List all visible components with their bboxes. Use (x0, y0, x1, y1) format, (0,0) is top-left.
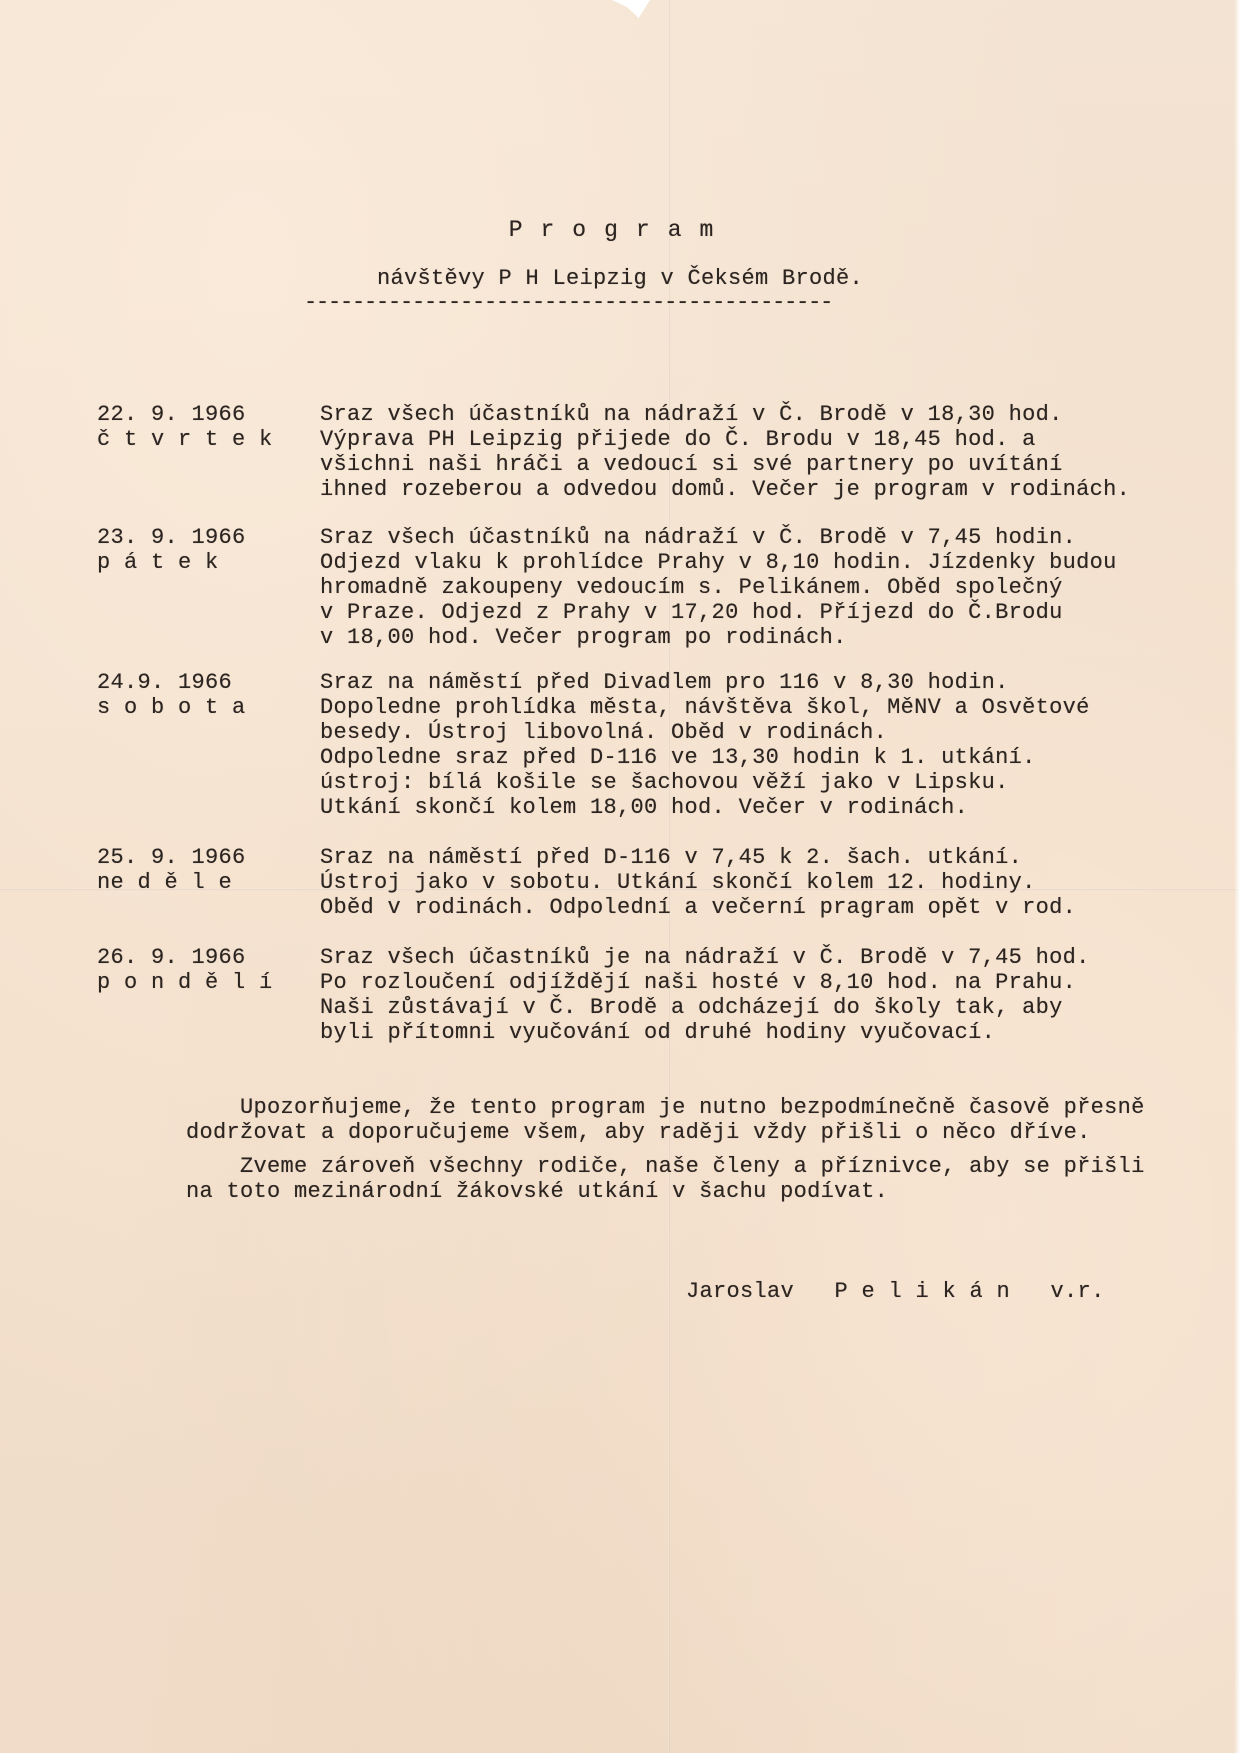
entry-line: Sraz všech účastníků na nádraží v Č. Bro… (320, 525, 1076, 550)
entry-line: Naši zůstávají v Č. Brodě a odcházejí do… (320, 995, 1063, 1020)
entry-line: Dopoledne prohlídka města, návštěva škol… (320, 695, 1090, 720)
entry-day: p á t e k (97, 550, 219, 575)
document-title: Program (0, 218, 1240, 243)
entry-day: p o n d ě l í (97, 970, 273, 995)
entry-date: 23. 9. 1966 (97, 525, 246, 550)
entry-line: Ústroj jako v sobotu. Utkání skončí kole… (320, 870, 1036, 895)
entry-date: 26. 9. 1966 (97, 945, 246, 970)
entry-date: 25. 9. 1966 (97, 845, 246, 870)
entry-line: všichni naši hráči a vedoucí si své part… (320, 452, 1063, 477)
invitation-line: Zveme zároveň všechny rodiče, naše členy… (186, 1154, 1145, 1179)
document-subtitle: návštěvy P H Leipzig v Čeksém Brodě. (0, 266, 1240, 291)
entry-line: besedy. Ústroj libovolná. Oběd v rodinác… (320, 720, 887, 745)
entry-line: Po rozloučení odjíždějí naši hosté v 8,1… (320, 970, 1076, 995)
entry-line: Sraz všech účastníků na nádraží v Č. Bro… (320, 402, 1063, 427)
entry-line: hromadně zakoupeny vedoucím s. Pelikánem… (320, 575, 1063, 600)
entry-line: Výprava PH Leipzig přijede do Č. Brodu v… (320, 427, 1036, 452)
entry-line: Utkání skončí kolem 18,00 hod. Večer v r… (320, 795, 968, 820)
entry-line: Oběd v rodinách. Odpolední a večerní pra… (320, 895, 1076, 920)
entry-line: v 18,00 hod. Večer program po rodinách. (320, 625, 847, 650)
entry-line: v Praze. Odjezd z Prahy v 17,20 hod. Pří… (320, 600, 1063, 625)
entry-line: Odjezd vlaku k prohlídce Prahy v 8,10 ho… (320, 550, 1117, 575)
signature: Jaroslav P e l i k á n v.r. (686, 1279, 1105, 1304)
entry-line: Sraz na náměstí před D-116 v 7,45 k 2. š… (320, 845, 1022, 870)
entry-line: byli přítomni vyučování od druhé hodiny … (320, 1020, 995, 1045)
entry-line: Sraz na náměstí před Divadlem pro 116 v … (320, 670, 1009, 695)
entry-line: ústroj: bílá košile se šachovou věží jak… (320, 770, 1009, 795)
notice-line: dodržovat a doporučujeme všem, aby raděj… (186, 1120, 1091, 1145)
entry-date: 22. 9. 1966 (97, 402, 246, 427)
entry-day: s o b o t a (97, 695, 246, 720)
entry-line: Odpoledne sraz před D-116 ve 13,30 hodin… (320, 745, 1036, 770)
entry-date: 24.9. 1966 (97, 670, 232, 695)
entry-day: č t v r t e k (97, 427, 273, 452)
entry-line: Sraz všech účastníků je na nádraží v Č. … (320, 945, 1090, 970)
notice-line: Upozorňujeme, že tento program je nutno … (186, 1095, 1145, 1120)
invitation-line: na toto mezinárodní žákovské utkání v ša… (186, 1179, 888, 1204)
paper-edge (1234, 0, 1240, 1753)
entry-line: ihned rozeberou a odvedou domů. Večer je… (320, 477, 1130, 502)
title-underline: ----------------------------------------… (304, 290, 832, 315)
entry-day: ne d ě l e (97, 870, 232, 895)
